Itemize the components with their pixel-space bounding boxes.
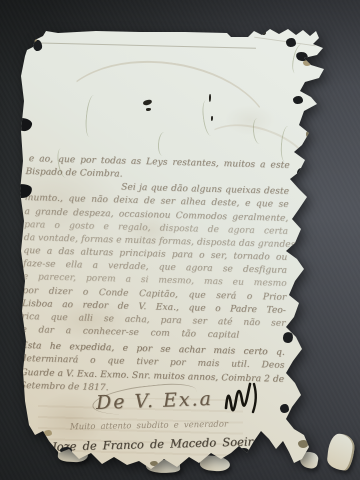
charred-hole — [293, 96, 303, 104]
singe-mark — [299, 300, 306, 307]
singe-mark — [306, 130, 313, 139]
charred-hole — [286, 38, 296, 47]
manuscript-text: e ao, que por todas as Leys restantes, m… — [20, 153, 290, 400]
charred-hole — [236, 448, 250, 457]
underlying-sheet-edge — [30, 42, 256, 49]
singe-mark — [295, 375, 301, 383]
manuscript-paper: e ao, que por todas as Leys restantes, m… — [0, 0, 360, 480]
photograph-background: e ao, que por todas as Leys restantes, m… — [0, 0, 360, 480]
charred-hole — [60, 447, 72, 454]
singe-mark — [298, 440, 308, 448]
charred-hole — [296, 167, 307, 180]
char-clump — [13, 117, 32, 132]
charred-hole — [289, 246, 298, 255]
singe-mark — [44, 430, 52, 436]
charred-hole — [32, 39, 42, 51]
singe-mark — [30, 37, 37, 42]
manuscript-sheet-wrap: e ao, que por todas as Leys restantes, m… — [0, 0, 360, 480]
closing-formula: De V. Ex.a — [96, 388, 214, 414]
charred-hole — [280, 404, 289, 413]
singe-mark — [250, 453, 259, 459]
ink-speck — [262, 31, 266, 35]
ink-blot — [224, 382, 260, 416]
singe-mark — [150, 461, 158, 466]
underlying-sheet-edge — [254, 37, 316, 47]
singe-mark — [303, 60, 311, 66]
singe-mark — [297, 210, 303, 218]
